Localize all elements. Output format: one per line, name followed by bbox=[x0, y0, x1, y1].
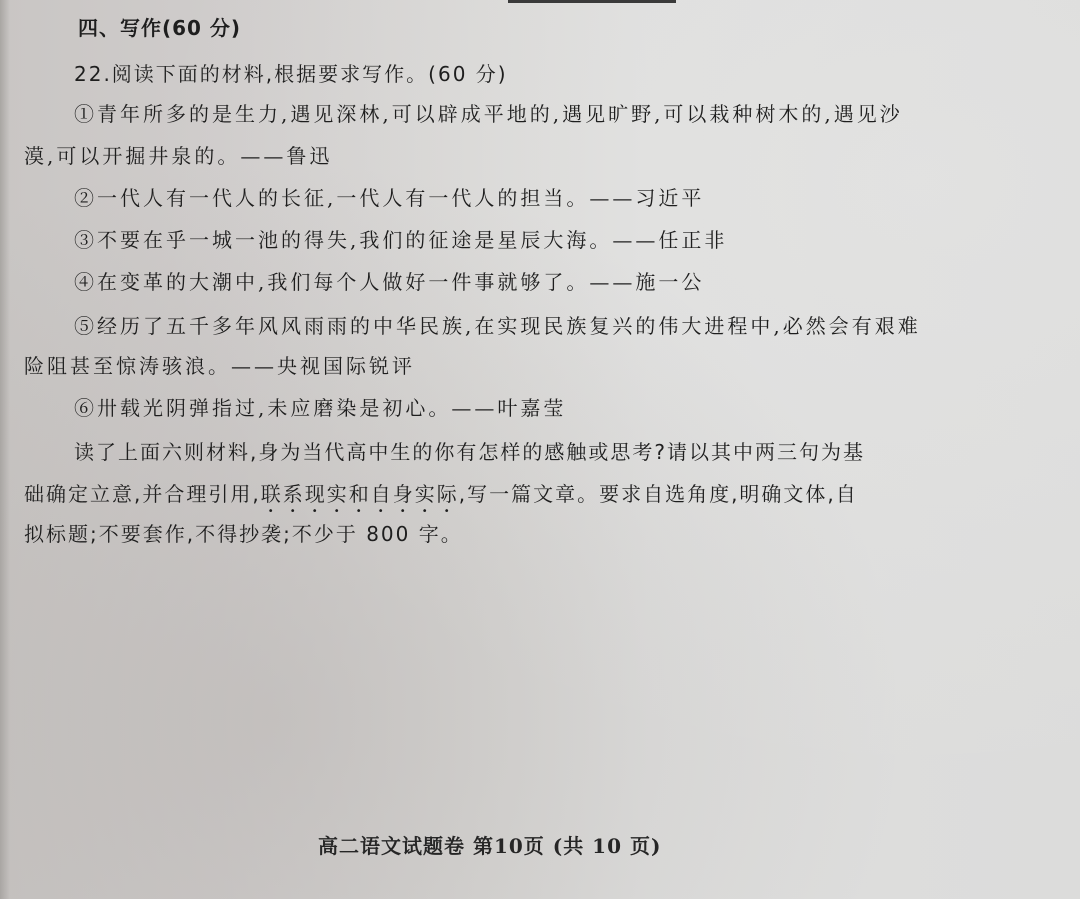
material-1-line-2: 漠,可以开掘井泉的。——鲁迅 bbox=[24, 142, 332, 170]
material-5-line-2: 险阻甚至惊涛骇浪。——央视国际锐评 bbox=[24, 352, 415, 380]
material-1-line-1: ①青年所多的是生力,遇见深林,可以辟成平地的,遇见旷野,可以栽种树木的,遇见沙 bbox=[74, 100, 903, 128]
material-3: ③不要在乎一城一池的得失,我们的征途是星辰大海。——任正非 bbox=[74, 226, 727, 254]
top-rule-divider bbox=[508, 0, 676, 3]
instructions-line-3: 拟标题;不要套作,不得抄袭;不少于 800 字。 bbox=[24, 520, 463, 548]
question-prompt: 22.阅读下面的材料,根据要求写作。(60 分) bbox=[74, 60, 508, 88]
instructions-line-2: 础确定立意,并合理引用,联系现实和自身实际,写一篇文章。要求自选角度,明确文体,… bbox=[24, 480, 858, 517]
paper-edge-shadow bbox=[0, 0, 10, 899]
section-title: 四、写作(60 分) bbox=[78, 14, 241, 42]
exam-page: 四、写作(60 分) 22.阅读下面的材料,根据要求写作。(60 分) ①青年所… bbox=[0, 0, 1080, 899]
material-6: ⑥卅载光阴弹指过,未应磨染是初心。——叶嘉莹 bbox=[74, 394, 566, 422]
page-footer: 高二语文试题卷 第10页 (共 10 页) bbox=[318, 830, 661, 859]
material-5-line-1: ⑤经历了五千多年风风雨雨的中华民族,在实现民族复兴的伟大进程中,必然会有艰难 bbox=[74, 312, 921, 340]
instructions-line-2-before: 础确定立意,并合理引用, bbox=[24, 482, 261, 506]
material-2: ②一代人有一代人的长征,一代人有一代人的担当。——习近平 bbox=[74, 184, 704, 212]
instructions-line-2-after: ,写一篇文章。要求自选角度,明确文体,自 bbox=[459, 482, 858, 506]
instructions-line-1: 读了上面六则材料,身为当代高中生的你有怎样的感触或思考?请以其中两三句为基 bbox=[74, 438, 865, 466]
material-4: ④在变革的大潮中,我们每个人做好一件事就够了。——施一公 bbox=[74, 268, 704, 296]
emphasis-text: 联系现实和自身实际 bbox=[261, 482, 459, 506]
